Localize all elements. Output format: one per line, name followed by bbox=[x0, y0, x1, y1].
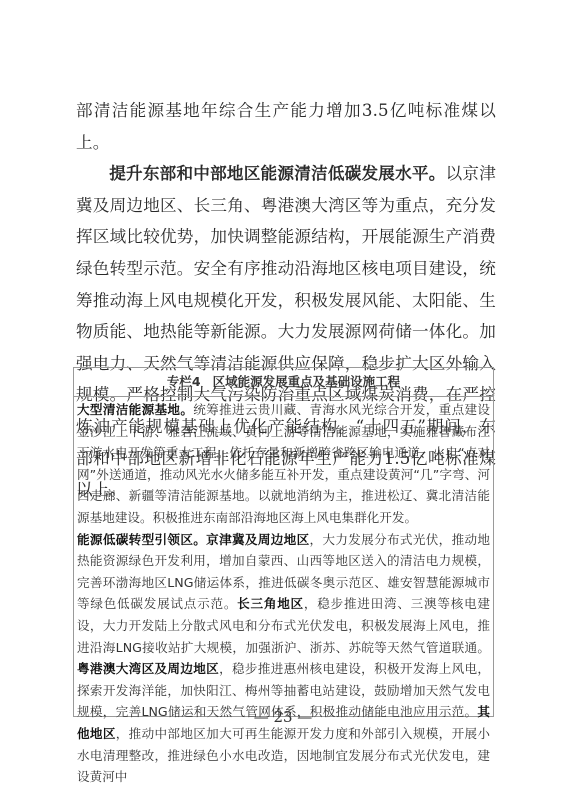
region-heading: 京津冀及周边地区 bbox=[206, 532, 309, 547]
column-title: 专栏4区域能源发展重点及基础设施工程 bbox=[74, 368, 493, 397]
column-label: 专栏4 bbox=[167, 374, 201, 389]
body-line-continuation: 部清洁能源基地年综合生产能力增加3.5亿吨标准煤以上。 bbox=[76, 95, 496, 158]
section-text: 统筹推进云贵川藏、青海水风光综合开发，重点建设金沙江上下游、雅砻江流域、黄河上游… bbox=[77, 402, 490, 525]
column-box-4: 专栏4区域能源发展重点及基础设施工程 大型清洁能源基地。统筹推进云贵川藏、青海水… bbox=[73, 367, 494, 717]
region-text: ，推动中部地区加大可再生能源开发力度和外部引入规模，开展小水电清理整改，推进绿色… bbox=[77, 726, 490, 784]
page-number: — 23 — bbox=[0, 708, 566, 726]
section-heading: 能源低碳转型引领区。 bbox=[77, 532, 206, 547]
column-section-low-carbon-zones: 能源低碳转型引领区。京津冀及周边地区，大力发展分布式光伏，推动地热能资源绿色开发… bbox=[77, 529, 490, 788]
region-heading: 长三角地区 bbox=[237, 596, 304, 611]
region-heading: 粤港澳大湾区及周边地区 bbox=[77, 661, 219, 676]
column-title-text: 区域能源发展重点及基础设施工程 bbox=[213, 374, 401, 389]
document-page: 部清洁能源基地年综合生产能力增加3.5亿吨标准煤以上。 提升东部和中部地区能源清… bbox=[0, 0, 566, 800]
column-body: 大型清洁能源基地。统筹推进云贵川藏、青海水风光综合开发，重点建设金沙江上下游、雅… bbox=[74, 397, 493, 788]
section-heading: 大型清洁能源基地。 bbox=[77, 402, 193, 417]
column-section-clean-energy-bases: 大型清洁能源基地。统筹推进云贵川藏、青海水风光综合开发，重点建设金沙江上下游、雅… bbox=[77, 399, 490, 529]
paragraph-heading: 提升东部和中部地区能源清洁低碳发展水平。 bbox=[109, 163, 445, 183]
